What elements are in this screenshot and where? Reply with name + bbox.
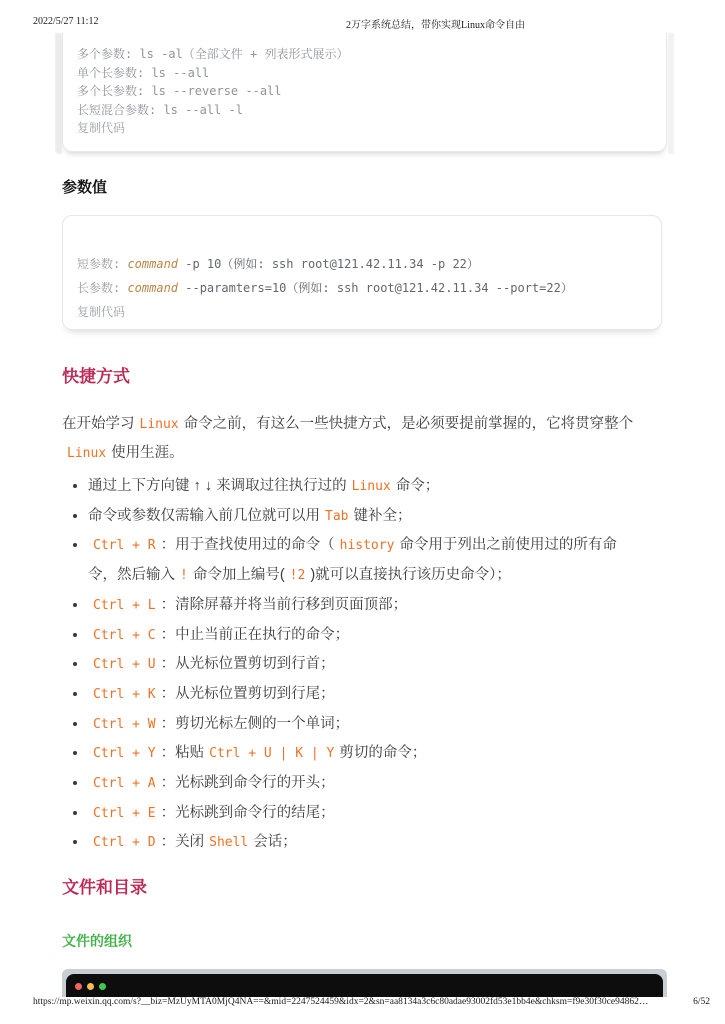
inline-code: Ctrl + A [93,776,156,791]
print-footer-page-number: 6/52 [693,997,710,1007]
code-line: 短参数: command -p 10（例如: ssh root@121.42.1… [77,252,647,276]
text-run: ：光标跳到命令行的开头； [161,775,335,791]
text-run: ：用于查找使用过的命令（ [161,537,335,553]
list-item: Ctrl + E：光标跳到命令行的结尾； [88,799,640,829]
text-run: ：从光标位置剪切到行首； [161,656,335,672]
top-code-block-lines: 多个参数: ls -al（全部文件 + 列表形式展示）单个长参数: ls --a… [77,45,652,119]
shortcut-list: 通过上下方向键 ↑ ↓ 来调取过往执行过的Linux命令；命令或参数仅需输入前几… [62,472,640,858]
text-run: ：从光标位置剪切到行尾； [161,686,335,702]
text-run: 命令或参数仅需输入前几位就可以用 [88,508,320,524]
list-item: 通过上下方向键 ↑ ↓ 来调取过往执行过的Linux命令； [88,472,640,502]
list-item: Ctrl + C：中止当前正在执行的命令； [88,621,640,651]
inline-code: ! [180,568,188,583]
inline-code: Shell [209,835,248,850]
inline-code: Ctrl + R [93,538,156,553]
text-run: ：剪切光标左侧的一个单词； [161,716,350,732]
list-item: Ctrl + U：从光标位置剪切到行首； [88,650,640,680]
code-label: 长参数: [77,281,127,295]
code-line: 多个参数: ls -al（全部文件 + 列表形式展示） [77,45,652,64]
list-item: 命令或参数仅需输入前几位就可以用Tab键补全； [88,502,640,532]
code-command-token: command [127,257,178,271]
text-run: ：中止当前正在执行的命令； [161,627,350,643]
list-item: Ctrl + W：剪切光标左侧的一个单词； [88,710,640,740]
inline-code: Linux [140,417,179,432]
list-item: Ctrl + L：清除屏幕并将当前行移到页面顶部； [88,591,640,621]
text-run: 命令； [396,478,440,494]
heading-files-and-directories: 文件和目录 [62,873,147,898]
text-run: 通过上下方向键 ↑ ↓ 来调取过往执行过的 [88,478,347,494]
print-header-title: 2万字系统总结，带你实现Linux命令自由 [346,16,525,31]
code-block-parameters-examples: 多个参数: ls -al（全部文件 + 列表形式展示）单个长参数: ls --a… [62,33,667,152]
params-code-block-lines: 短参数: command -p 10（例如: ssh root@121.42.1… [77,252,647,300]
code-line: 多个长参数: ls --reverse --all [77,82,652,101]
code-line: 长参数: command --paramters=10（例如: ssh root… [77,276,647,300]
inline-code: Ctrl + L [93,598,156,613]
shortcuts-intro-paragraph: 在开始学习Linux命令之前，有这么一些快捷方式，是必须要提前掌握的，它将贯穿整… [62,410,646,468]
list-item: Ctrl + Y：粘贴Ctrl + U | K | Y剪切的命令； [88,739,640,769]
terminal-screenshot-top [62,969,667,997]
inline-code: Tab [325,509,348,524]
code-rest: --paramters=10（例如: ssh root@121.42.11.34… [178,281,573,295]
inline-code: Linux [67,446,106,461]
inline-code: Ctrl + E [93,806,156,821]
code-line: 单个长参数: ls --all [77,64,652,83]
copy-code-button[interactable]: 复制代码 [77,300,647,324]
inline-code: Ctrl + U | K | Y [209,746,334,761]
inline-code: !2 [290,568,306,583]
text-run: ：关闭 [161,834,205,850]
text-run: 命令之前，有这么一些快捷方式，是必须要提前掌握的，它将贯穿整个 [184,416,634,432]
code-block-shadow-right [668,33,674,154]
heading-file-organization: 文件的组织 [62,931,132,951]
heading-parameter-values: 参数值 [62,176,107,197]
text-run: ：光标跳到命令行的结尾； [161,805,335,821]
code-line: 长短混合参数: ls --all -l [77,101,652,120]
print-preview-page: { "header": { "date": "2022/5/27 11:12",… [0,0,725,1024]
list-item: Ctrl + D：关闭Shell会话； [88,828,640,858]
list-item: Ctrl + R：用于查找使用过的命令（history命令用于列出之前使用过的所… [88,531,640,590]
inline-code: Linux [352,479,391,494]
copy-code-button[interactable]: 复制代码 [77,119,652,138]
print-footer: https://mp.weixin.qq.com/s?__biz=MzUyMTA… [33,997,710,1007]
text-run: 会话； [253,834,297,850]
inline-code: Ctrl + U [93,657,156,672]
terminal-title-bar [66,974,663,997]
text-run: 键补全； [353,508,411,524]
inline-code: Ctrl + K [93,687,156,702]
code-command-token: command [127,281,178,295]
text-run: 在开始学习 [62,416,135,432]
inline-code: Ctrl + D [93,835,156,850]
traffic-light-minimize-icon [87,983,94,990]
inline-code: Ctrl + C [93,628,156,643]
heading-shortcuts: 快捷方式 [62,362,130,387]
text-run: ：粘贴 [161,745,205,761]
text-run: 命令加上编号( [193,567,285,583]
code-block-parameter-values: 短参数: command -p 10（例如: ssh root@121.42.1… [62,215,662,330]
text-run: ：清除屏幕并将当前行移到页面顶部； [161,597,408,613]
text-run: )就可以直接执行该历史命令）； [310,567,511,583]
inline-code: history [340,538,395,553]
code-rest: -p 10（例如: ssh root@121.42.11.34 -p 22） [178,257,479,271]
print-footer-url: https://mp.weixin.qq.com/s?__biz=MzUyMTA… [33,997,648,1007]
print-header-date: 2022/5/27 11:12 [33,16,98,27]
text-run: 使用生涯。 [111,445,184,461]
list-item: Ctrl + A：光标跳到命令行的开头； [88,769,640,799]
inline-code: Ctrl + Y [93,746,156,761]
code-label: 短参数: [77,257,127,271]
traffic-light-close-icon [75,983,82,990]
code-block-shadow-left [55,33,62,154]
list-item: Ctrl + K：从光标位置剪切到行尾； [88,680,640,710]
inline-code: Ctrl + W [93,717,156,732]
text-run: 剪切的命令； [339,745,426,761]
traffic-light-zoom-icon [99,983,106,990]
